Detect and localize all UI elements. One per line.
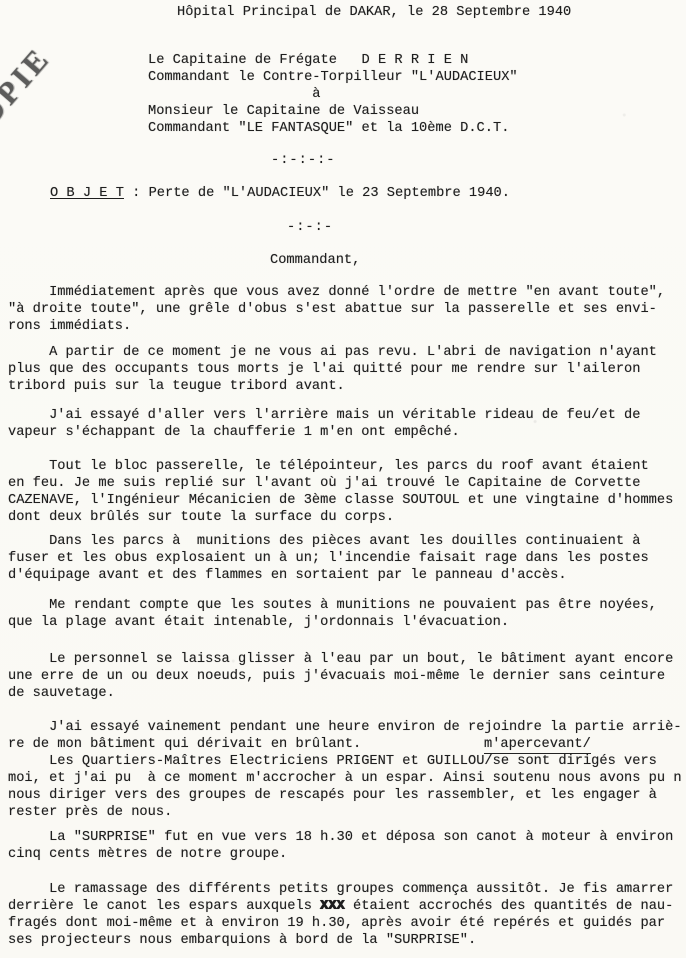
paragraph-surprise-sighted: La "SURPRISE" fut en vue vers 18 h.30 et… bbox=[8, 829, 673, 863]
copie-stamp: COPIE bbox=[0, 46, 50, 146]
subject-line: O B J E T : Perte de "L'AUDACIEUX" le 23… bbox=[50, 185, 510, 202]
subject-text: : Perte de "L'AUDACIEUX" le 23 Septembre… bbox=[124, 186, 510, 201]
address-block: Le Capitaine de Frégate D E R R I E N Co… bbox=[148, 52, 518, 137]
paragraph-pickup-embark: Le ramassage des différents petits group… bbox=[8, 881, 673, 949]
salutation: Commandant, bbox=[270, 252, 360, 269]
subject-label: O B J E T bbox=[50, 186, 124, 201]
paragraph-spar-rescue: J'ai essayé vainement pendant une heure … bbox=[8, 719, 682, 821]
document-page: COPIE Hôpital Principal de DAKAR, le 28 … bbox=[0, 0, 686, 958]
paragraph-bridge-dead: A partir de ce moment je ne vous ai pas … bbox=[8, 344, 657, 395]
separator-top: -:-:-:- bbox=[271, 152, 336, 169]
paragraph-survivors-found: Tout le bloc passerelle, le télépointeur… bbox=[8, 458, 673, 526]
interline-insertion: m'apercevant/ bbox=[484, 736, 591, 754]
paragraph-ammunition-fire: Dans les parcs à munitions des pièces av… bbox=[8, 533, 649, 584]
date-line: Hôpital Principal de DAKAR, le 28 Septem… bbox=[177, 4, 571, 21]
paragraph-fire-curtain: J'ai essayé d'aller vers l'arrière mais … bbox=[8, 407, 640, 441]
struck-out-text: XXX bbox=[320, 899, 345, 914]
paragraph-opening-salvo: Immédiatement après que vous avez donné … bbox=[8, 284, 665, 335]
paragraph-evacuation-order: Me rendant compte que les soutes à munit… bbox=[8, 597, 657, 631]
separator-middle: -:-:- bbox=[287, 219, 333, 236]
paragraph-crew-into-water: Le personnel se laissa glisser à l'eau p… bbox=[8, 651, 673, 702]
